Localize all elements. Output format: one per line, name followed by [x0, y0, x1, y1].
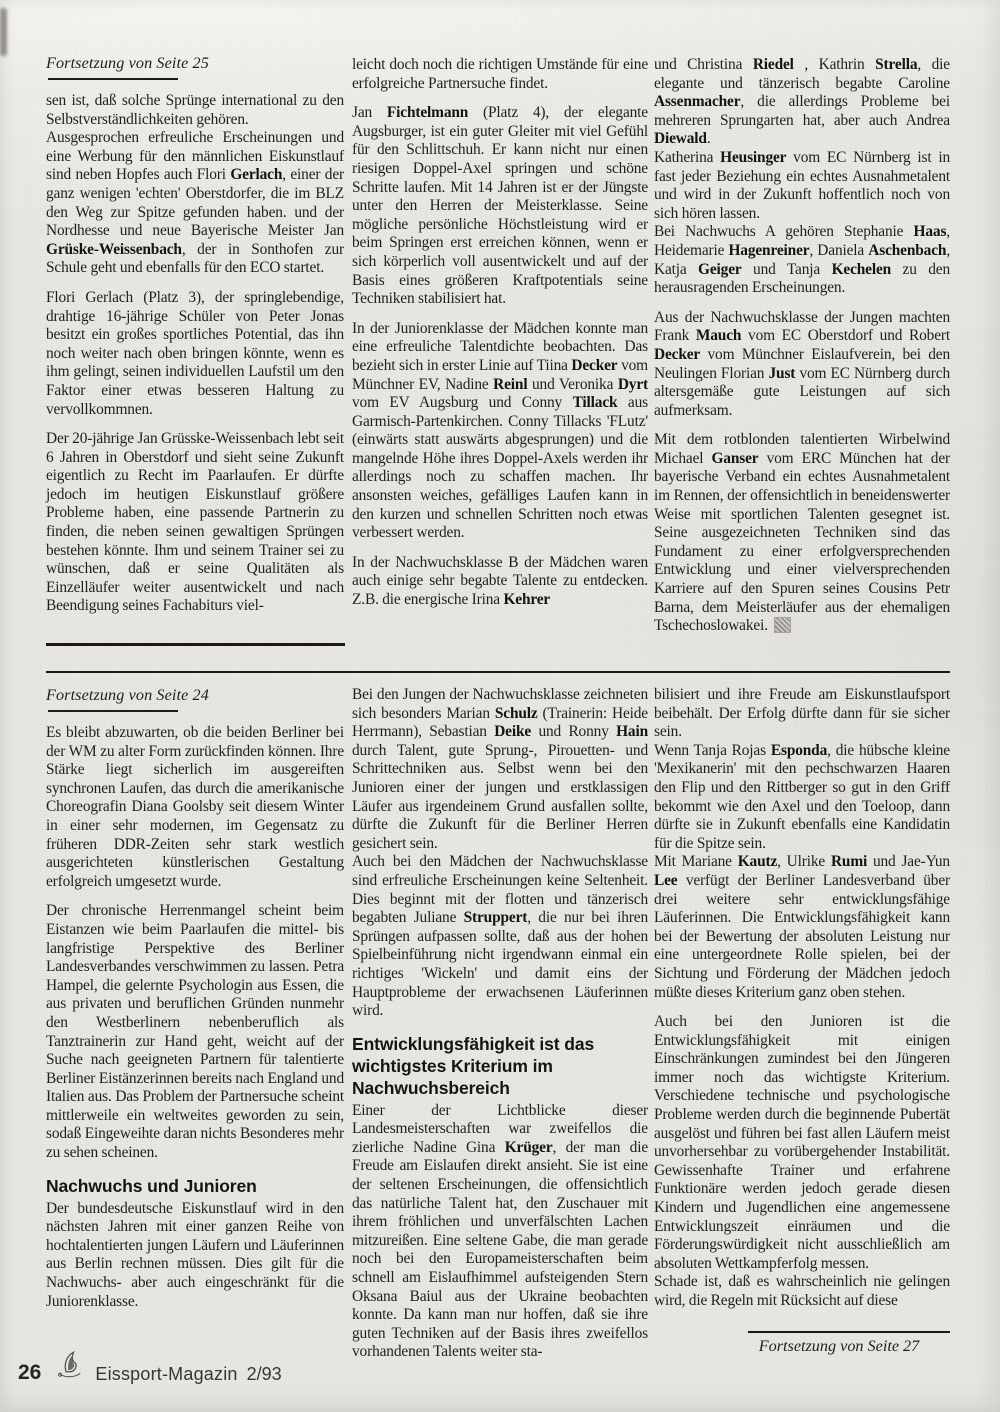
column-1-top: Fortsetzung von Seite 25 sen ist, daß so…: [46, 54, 344, 616]
paragraph: Schade ist, daß es wahrscheinlich nie ge…: [654, 1273, 950, 1310]
paragraph: Aus der Nachwuchsklasse der Jungen macht…: [654, 309, 950, 421]
article-text: sen ist, daß solche Sprünge internationa…: [46, 92, 344, 616]
magazine-issue: 2/93: [247, 1364, 282, 1385]
column-1-bottom: Fortsetzung von Seite 24 Es bleibt abzuw…: [46, 686, 344, 1311]
paragraph: Auch bei den Mädchen der Nachwuchsklasse…: [352, 853, 648, 1020]
paragraph: Katherina Heusinger vom EC Nürnberg ist …: [654, 149, 950, 223]
paragraph: Einer der Lichtblicke dieser Landesmeist…: [352, 1102, 648, 1362]
scan-smudge-artifact: [0, 8, 7, 56]
column-3-bottom: bilisiert und ihre Freude am Eiskunstlau…: [654, 686, 950, 1311]
magazine-page: Fortsetzung von Seite 25 sen ist, daß so…: [0, 0, 1000, 1412]
continuation-next-label: Fortsetzung von Seite 27: [726, 1337, 952, 1356]
continuation-from-24: Fortsetzung von Seite 24: [46, 686, 344, 712]
paragraph: Wenn Tanja Rojas Esponda, die hübsche kl…: [654, 742, 950, 854]
column-2-top: leicht doch noch die richtigen Umstände …: [352, 56, 648, 610]
paragraph: Bei den Jungen der Nachwuchsklasse zeich…: [352, 686, 648, 853]
paragraph: Jan Fichtelmann (Platz 4), der elegante …: [352, 104, 648, 309]
paragraph: Der 20-jährige Jan Grüsske-Weissenbach l…: [46, 430, 344, 616]
paragraph: Bei Nachwuchs A gehören Stephanie Haas, …: [654, 223, 950, 297]
page-number: 26: [18, 1361, 41, 1385]
article-text: Es bleibt abzuwarten, ob die beiden Berl…: [46, 724, 344, 1311]
paragraph: und Christina Riedel , Kathrin Strella, …: [654, 56, 950, 149]
paragraph: In der Nachwuchsklasse B der Mädchen war…: [352, 554, 648, 610]
paragraph: Mit dem rotblonden talentierten Wirbelwi…: [654, 431, 950, 636]
paragraph: Der bundesdeutsche Eiskunstlauf wird in …: [46, 1200, 344, 1312]
continuation-label: Fortsetzung von Seite 24: [46, 686, 344, 705]
paragraph: bilisiert und ihre Freude am Eiskunstlau…: [654, 686, 950, 742]
continuation-overline: [748, 1331, 950, 1333]
paragraph: leicht doch noch die richtigen Umstände …: [352, 56, 648, 93]
paragraph: Flori Gerlach (Platz 3), der springleben…: [46, 289, 344, 419]
paragraph: Mit Mariane Kautz, Ulrike Rumi und Jae-Y…: [654, 853, 950, 1002]
section-heading: Nachwuchs und Junioren: [46, 1175, 344, 1197]
paragraph: Ausgesprochen erfreuliche Erscheinungen …: [46, 129, 344, 278]
column-end-rule: [46, 643, 345, 646]
continuation-label: Fortsetzung von Seite 25: [46, 54, 344, 73]
end-of-article-marker: [775, 618, 790, 632]
paragraph: In der Juniorenklasse der Mädchen konnte…: [352, 320, 648, 543]
continuation-underline: [48, 78, 178, 80]
section-divider-rule: [46, 671, 950, 673]
page-footer: 26 Eissport-Magazin 2/93: [18, 1350, 282, 1385]
paragraph: Der chronische Herrenmangel scheint beim…: [46, 902, 344, 1162]
paragraph: Auch bei den Junioren ist die Entwicklun…: [654, 1013, 950, 1273]
paragraph: sen ist, daß solche Sprünge internationa…: [46, 92, 344, 129]
continuation-underline: [48, 710, 178, 712]
magazine-title: Eissport-Magazin: [95, 1364, 237, 1385]
paragraph: Es bleibt abzuwarten, ob die beiden Berl…: [46, 724, 344, 891]
magazine-logo-icon: [53, 1350, 85, 1385]
column-3-top: und Christina Riedel , Kathrin Strella, …: [654, 56, 950, 636]
continuation-from-25: Fortsetzung von Seite 25: [46, 54, 344, 80]
section-heading: Entwicklungsfähigkeit ist das wichtigste…: [352, 1033, 648, 1099]
column-2-bottom: Bei den Jungen der Nachwuchsklasse zeich…: [352, 686, 648, 1362]
